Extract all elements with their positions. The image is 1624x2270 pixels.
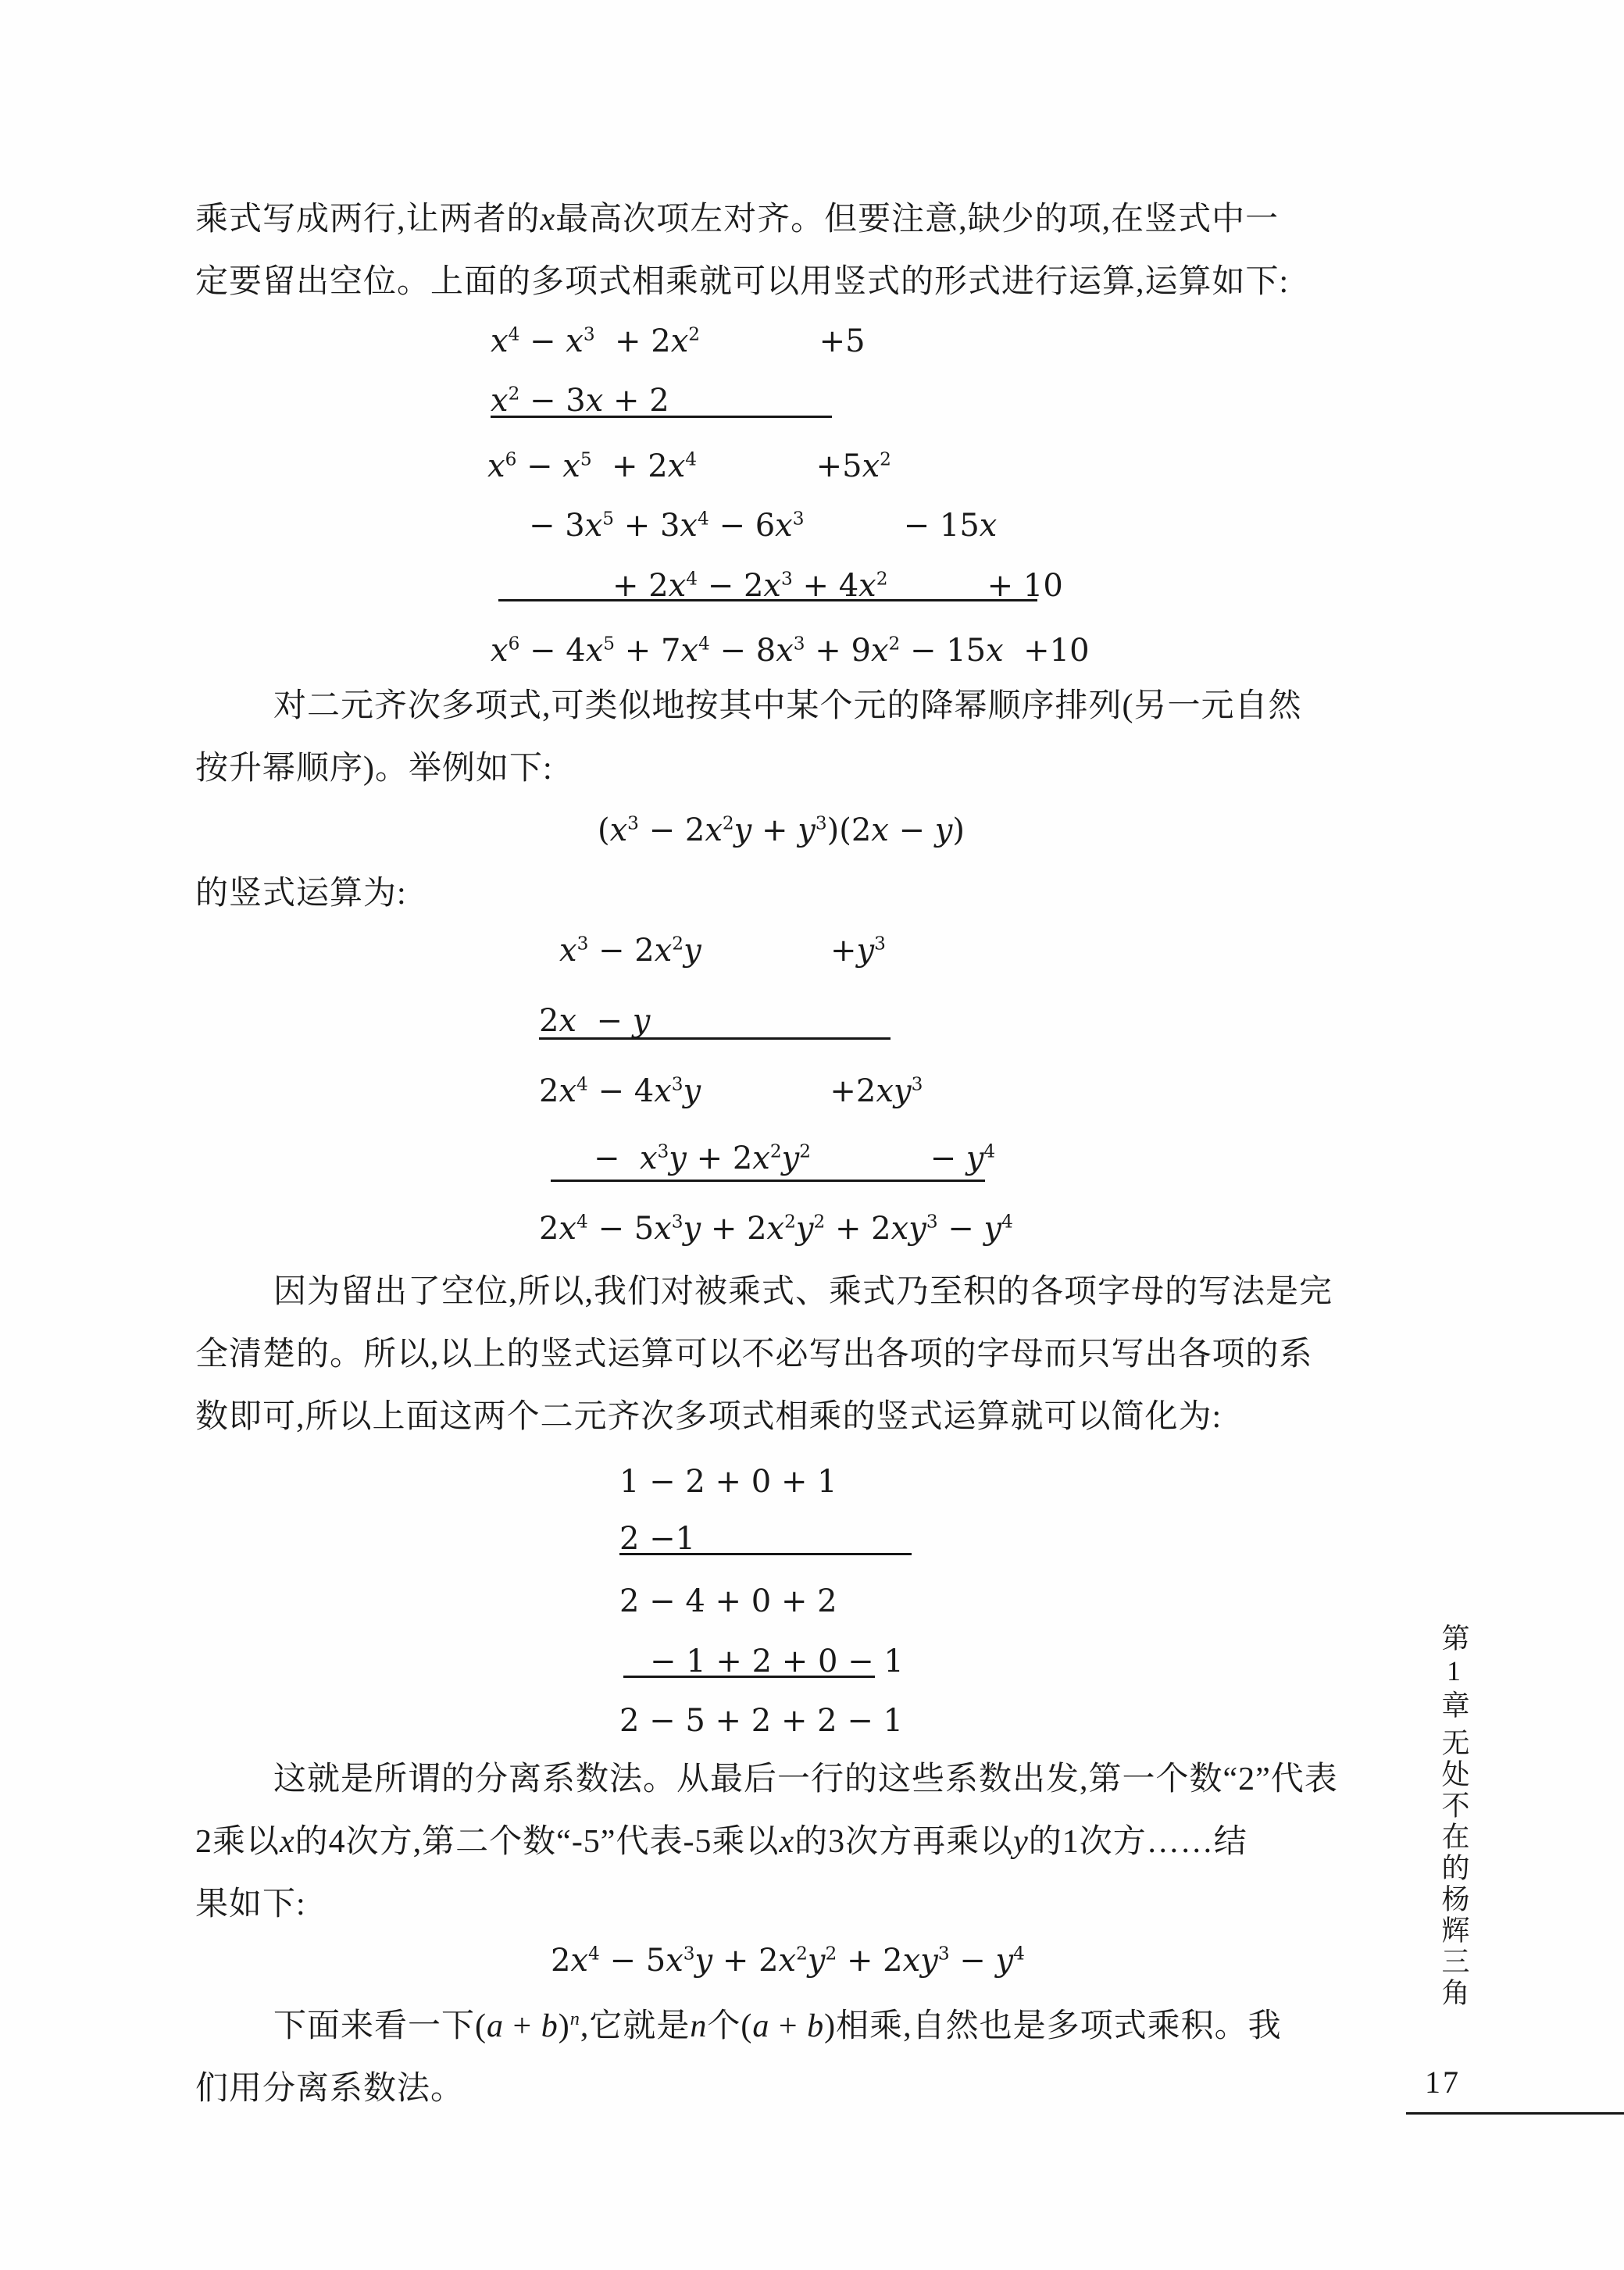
- page-number: 17: [1425, 2064, 1461, 2100]
- underline-rule: [551, 1180, 985, 1182]
- paragraph-intro-vertical-form: 乘式写成两行,让两者的x最高次项左对齐。但要注意,缺少的项,在竖式中一 定要留出…: [195, 188, 1336, 313]
- math-row-product-x: x6 − 4x5 + 7x4 − 8x3 + 9x2 − 15x +10: [491, 632, 1090, 669]
- math-row-product-xy: 2x4 − 5x3y + 2x2y2 + 2xy3 − y4: [539, 1210, 1013, 1247]
- math-row-partial-1-xy: 2x4 − 4x3y +2xy3: [539, 1073, 923, 1110]
- text-line: 的竖式运算为:: [195, 862, 1336, 925]
- math-row-multiplicand-x: x4 − x3 + 2x2 +5: [491, 323, 866, 360]
- text-line: 全清楚的。所以,以上的竖式运算可以不必写出各项的字母而只写出各项的系: [195, 1323, 1336, 1386]
- text-line: 们用分离系数法。: [195, 2058, 1336, 2120]
- paragraph-coefficients-explain: 因为留出了空位,所以,我们对被乘式、乘式乃至积的各项字母的写法是完 全清楚的。所…: [195, 1261, 1336, 1448]
- sidebar-chapter-label: 第1章: [1434, 1623, 1474, 1722]
- footer-rule: [1406, 2112, 1624, 2115]
- math-row-coeff-partial-2: − 1 + 2 + 0 − 1: [650, 1643, 904, 1680]
- underline-rule: [623, 1676, 875, 1678]
- underline-rule: [539, 1037, 891, 1040]
- paragraph-binomial-lead-in: 下面来看一下(a + b)n,它就是n个(a + b)相乘,自然也是多项式乘积。…: [195, 1995, 1336, 2120]
- text-line: 对二元齐次多项式,可类似地按其中某个元的降幂顺序排列(另一元自然: [195, 675, 1336, 737]
- sidebar-chapter-title: 无处不在的杨辉三角: [1434, 1728, 1474, 2009]
- underline-rule: [491, 416, 832, 418]
- text-line: 定要留出空位。上面的多项式相乘就可以用竖式的形式进行运算,运算如下:: [195, 251, 1336, 313]
- math-row-partial-2-x: − 3x5 + 3x4 − 6x3 − 15x: [529, 507, 997, 544]
- text-line: 因为留出了空位,所以,我们对被乘式、乘式乃至积的各项字母的写法是完: [195, 1261, 1336, 1323]
- paragraph-bivariate: 对二元齐次多项式,可类似地按其中某个元的降幂顺序排列(另一元自然 按升幂顺序)。…: [195, 675, 1336, 800]
- text-line: 这就是所谓的分离系数法。从最后一行的这些系数出发,第一个数“2”代表: [195, 1748, 1336, 1811]
- text-line: 2乘以x的4次方,第二个数“-5”代表-5乘以x的3次方再乘以y的1次方……结: [195, 1811, 1336, 1873]
- underline-rule: [498, 599, 1037, 601]
- math-row-coeff-multiplier: 2 −1: [619, 1520, 695, 1558]
- text-line: 果如下:: [195, 1873, 1336, 1936]
- math-row-coeff-partial-1: 2 − 4 + 0 + 2: [619, 1583, 837, 1620]
- math-row-multiplicand-xy: x3 − 2x2y +y3: [559, 932, 886, 969]
- math-row-multiplier-xy: 2x − y: [539, 1002, 650, 1040]
- text-line: 下面来看一下(a + b)n,它就是n个(a + b)相乘,自然也是多项式乘积。…: [195, 1995, 1336, 2058]
- math-row-partial-1-x: x6 − x5 + 2x4 +5x2: [487, 448, 891, 485]
- text-line: 按升幂顺序)。举例如下:: [195, 737, 1336, 800]
- underline-rule: [619, 1553, 912, 1555]
- math-row-partial-2-xy: − x3y + 2x2y2 − y4: [594, 1140, 995, 1177]
- math-row-multiplier-x: x2 − 3x + 2: [491, 382, 669, 419]
- math-final-result: 2x4 − 5x3y + 2x2y2 + 2xy3 − y4: [551, 1942, 1025, 1979]
- math-row-coeff-multiplicand: 1 − 2 + 0 + 1: [619, 1463, 837, 1501]
- paragraph-separated-coefficient-method: 这就是所谓的分离系数法。从最后一行的这些系数出发,第一个数“2”代表 2乘以x的…: [195, 1748, 1336, 1936]
- math-row-coeff-product: 2 − 5 + 2 + 2 − 1: [619, 1702, 903, 1740]
- text-line: 乘式写成两行,让两者的x最高次项左对齐。但要注意,缺少的项,在竖式中一: [195, 188, 1336, 251]
- text-line: 数即可,所以上面这两个二元齐次多项式相乘的竖式运算就可以简化为:: [195, 1386, 1336, 1448]
- paragraph-lead-in: 的竖式运算为:: [195, 862, 1336, 925]
- math-product-example: (x3 − 2x2y + y3)(2x − y): [598, 812, 965, 849]
- book-page: 乘式写成两行,让两者的x最高次项左对齐。但要注意,缺少的项,在竖式中一 定要留出…: [0, 0, 1624, 2270]
